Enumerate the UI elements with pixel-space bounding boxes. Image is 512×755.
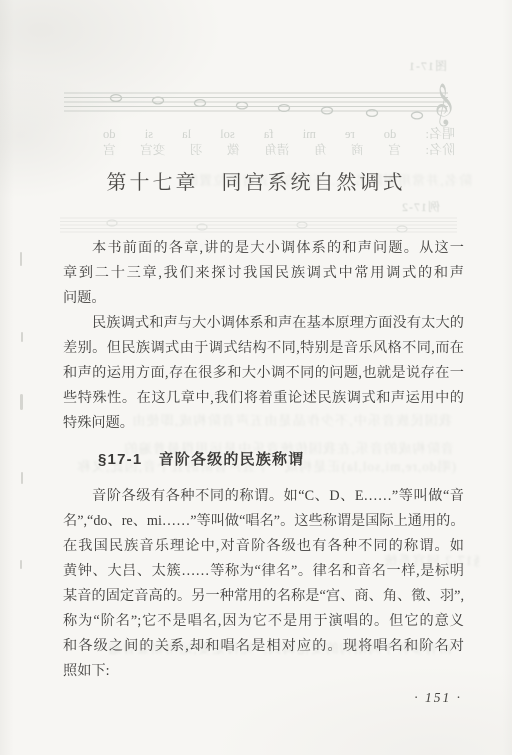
text-line: 些特殊性。在这几章中,我们将着重论述民族调式和声运用中的 (63, 386, 464, 411)
ghost-music-staff-icon: 𝄞 (0, 82, 512, 130)
text-line: 音阶各级有各种不同的称谓。如“C、D、E……”等叫做“音 (63, 484, 464, 509)
ghost-scale-item: 商 (351, 140, 364, 158)
text-line: 名”,“do、re、mi……”等叫做“唱名”。这些称谓是国际上通用的。 (63, 509, 464, 534)
ghost-scale-item: re (345, 127, 355, 142)
section-heading: §17-1 音阶各级的民族称谓 (98, 448, 304, 469)
ghost-music-staff2-icon (0, 212, 512, 238)
ghost-jieming-label: 阶名: (425, 139, 455, 158)
ghost-treble-clef-icon: 𝄞 (435, 83, 456, 126)
page-number: · 151 · (414, 690, 462, 706)
ghost-scale-item: 宫 (103, 140, 116, 158)
text-line: 某音的固定音高的。另一种常用的名称是“宫、商、角、徵、羽”, (63, 584, 464, 609)
paragraph-naming: 音阶各级有各种不同的称谓。如“C、D、E……”等叫做“音名”,“do、re、mi… (63, 484, 464, 684)
ghost-scale-item: 羽 (190, 140, 203, 158)
text-line: 章到二十三章,我们来探讨我国民族调式中常用调式的和声 (63, 261, 464, 286)
ghost-scale-item: 变宫 (140, 140, 165, 158)
text-line: 本书前面的各章,讲的是大小调体系的和声问题。从这一 (63, 236, 464, 261)
ghost-solfege-row: 唱名: doremifasollasido (103, 123, 455, 142)
scan-speck (20, 252, 22, 266)
ghost-solfege-label: 唱名: (425, 123, 455, 142)
text-line: 在我国民族音乐理论中,对音阶各级也有各种不同的称谓。如 (63, 534, 464, 559)
ghost-jieming-row: 阶名: 宫商角清角徵羽变宫宫 (103, 139, 455, 158)
ghost-scale-item: la (182, 127, 191, 142)
text-line: 和各级之间的关系,却和唱名是相对应的。现将唱名和阶名对 (63, 634, 464, 659)
ghost-scale-item: sol (220, 127, 235, 142)
ghost-scale-item: mi (303, 127, 316, 142)
ghost-scale-item: 清角 (264, 140, 289, 158)
text-line: 差别。但民族调式由于调式结构不同,特别是音乐风格不同,而在 (63, 336, 464, 361)
ghost-figure-caption: 图17-1 (408, 57, 447, 74)
scan-speck (21, 472, 23, 484)
ghost-scale-item: 角 (314, 140, 327, 158)
text-line: 民族调式和声与大小调体系和声在基本原理方面没有太大的 (63, 311, 464, 336)
chapter-title: 第十七章 同宫系统自然调式 (0, 166, 512, 195)
book-page: 图17-1 𝄞 唱名: (0, 0, 512, 755)
ghost-scale-item: si (145, 127, 153, 142)
scan-speck (20, 394, 23, 410)
text-line: 和声的运用方面,存在很多和大小调不同的问题,也就是说存在一 (63, 361, 464, 386)
ghost-scale-item: do (384, 127, 397, 142)
scan-speck (20, 560, 22, 569)
ghost-scale-item: do (103, 127, 116, 142)
ghost-example-caption: 例17-2 (401, 198, 440, 215)
text-line: 称为“阶名”;它不是唱名,因为它不是用于演唱的。但它的意义 (63, 609, 464, 634)
text-line: 照如下: (63, 659, 464, 684)
scan-speck (21, 332, 23, 342)
paragraph-intro: 本书前面的各章,讲的是大小调体系的和声问题。从这一章到二十三章,我们来探讨我国民… (63, 236, 464, 311)
text-line: 特殊问题。 (63, 411, 464, 436)
text-line: 问题。 (63, 286, 464, 311)
paragraph-overview: 民族调式和声与大小调体系和声在基本原理方面没有太大的差别。但民族调式由于调式结构… (63, 311, 464, 436)
ghost-scale-item: fa (264, 127, 274, 142)
ghost-scale-item: 徵 (227, 140, 240, 158)
text-line: 黄钟、大吕、太簇……等称为“律名”。律名和音名一样,是标明 (63, 559, 464, 584)
ghost-scale-item: 宫 (388, 140, 401, 158)
